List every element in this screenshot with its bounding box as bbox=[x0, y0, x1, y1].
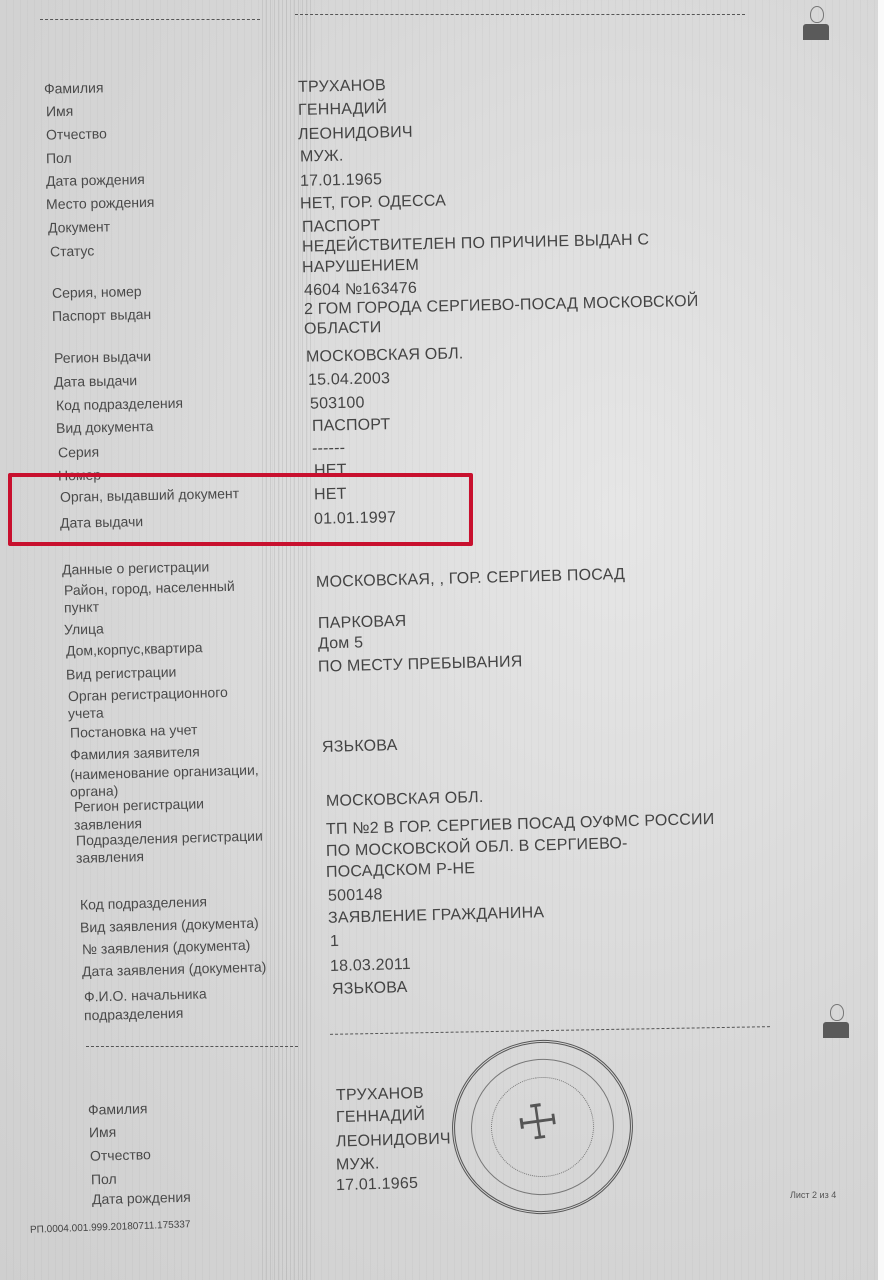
person-photo-icon bbox=[823, 1002, 849, 1042]
field-label: Пол bbox=[91, 1171, 117, 1189]
eagle-emblem-icon: ☩ bbox=[513, 1091, 564, 1156]
field-value: 15.04.2003 bbox=[308, 368, 390, 391]
page-edge bbox=[878, 0, 884, 1280]
field-label: учета bbox=[68, 705, 104, 723]
field-label: Код подразделения bbox=[56, 395, 183, 415]
field-value: ЯЗЬКОВА bbox=[332, 977, 408, 1000]
field-value: 1 bbox=[330, 931, 340, 952]
field-value: Дом 5 bbox=[318, 632, 364, 654]
sheet-number: Лист 2 из 4 bbox=[790, 1190, 836, 1200]
field-label: Код подразделения bbox=[80, 893, 207, 913]
field-label: Ф.И.О. начальника bbox=[84, 985, 207, 1005]
field-label: Отчество bbox=[90, 1146, 151, 1165]
field-label: Статус bbox=[50, 243, 95, 261]
field-value: ЛЕОНИДОВИЧ bbox=[336, 1129, 451, 1153]
person-photo-icon bbox=[803, 4, 829, 44]
field-label: Улица bbox=[64, 620, 104, 638]
field-label: Паспорт выдан bbox=[52, 306, 152, 325]
section-header: Данные о регистрации bbox=[62, 558, 210, 578]
field-label: Фамилия bbox=[88, 1100, 148, 1119]
separator bbox=[40, 19, 260, 20]
field-label: подразделения bbox=[84, 1005, 184, 1025]
field-label: Дата рождения bbox=[92, 1189, 191, 1209]
field-value: 17.01.1965 bbox=[336, 1173, 419, 1196]
field-value: МОСКОВСКАЯ ОБЛ. bbox=[306, 343, 464, 367]
field-value: МУЖ. bbox=[300, 146, 344, 168]
field-value: ТРУХАНОВ bbox=[336, 1083, 424, 1106]
field-value: 17.01.1965 bbox=[300, 169, 382, 192]
field-value: ОБЛАСТИ bbox=[304, 317, 382, 340]
field-value: ЛЕОНИДОВИЧ bbox=[298, 122, 413, 145]
field-label: Регион регистрации bbox=[74, 795, 204, 815]
field-label: Дата выдачи bbox=[54, 372, 137, 391]
field-label: Вид документа bbox=[56, 418, 154, 437]
highlight-box bbox=[8, 473, 473, 546]
field-value: НЕТ, ГОР. ОДЕССА bbox=[300, 190, 447, 214]
separator bbox=[295, 14, 745, 15]
field-label: Дата рождения bbox=[46, 171, 145, 190]
separator bbox=[86, 1046, 298, 1047]
field-label: Пол bbox=[46, 150, 72, 168]
field-label: Дом,корпус,квартира bbox=[66, 639, 203, 660]
field-label: Документ bbox=[48, 218, 110, 236]
field-label: заявления bbox=[76, 848, 144, 867]
field-label: Вид регистрации bbox=[66, 664, 177, 684]
field-value: 18.03.2011 bbox=[330, 954, 411, 977]
field-value: ------ bbox=[312, 438, 346, 460]
field-label: Имя bbox=[89, 1124, 117, 1142]
field-label: Постановка на учет bbox=[70, 721, 198, 741]
field-value: ТРУХАНОВ bbox=[298, 75, 386, 98]
field-label: Место рождения bbox=[46, 194, 155, 213]
field-value: ПАРКОВАЯ bbox=[318, 611, 407, 634]
field-label: Регион выдачи bbox=[54, 348, 151, 367]
field-label: Отчество bbox=[46, 125, 107, 143]
field-value: МУЖ. bbox=[336, 1153, 380, 1175]
field-label: Серия, номер bbox=[52, 283, 142, 302]
field-value: НАРУШЕНИЕМ bbox=[302, 255, 420, 278]
field-value: ГЕННАДИЙ bbox=[336, 1105, 426, 1128]
field-label: Фамилия заявителя bbox=[70, 743, 200, 763]
field-value: ЯЗЬКОВА bbox=[322, 735, 398, 758]
field-value: ГЕННАДИЙ bbox=[298, 98, 388, 121]
field-label: пункт bbox=[64, 599, 99, 617]
field-value: МОСКОВСКАЯ ОБЛ. bbox=[326, 787, 484, 812]
field-label: Серия bbox=[58, 444, 99, 462]
field-label: Имя bbox=[46, 103, 74, 121]
field-value: 500148 bbox=[328, 884, 383, 906]
field-value: ПАСПОРТ bbox=[312, 414, 391, 437]
field-value: ПОСАДСКОМ Р-НЕ bbox=[326, 858, 476, 883]
scan-streaks bbox=[262, 0, 312, 1280]
field-value: 503100 bbox=[310, 392, 365, 414]
field-label: Фамилия bbox=[44, 79, 104, 97]
